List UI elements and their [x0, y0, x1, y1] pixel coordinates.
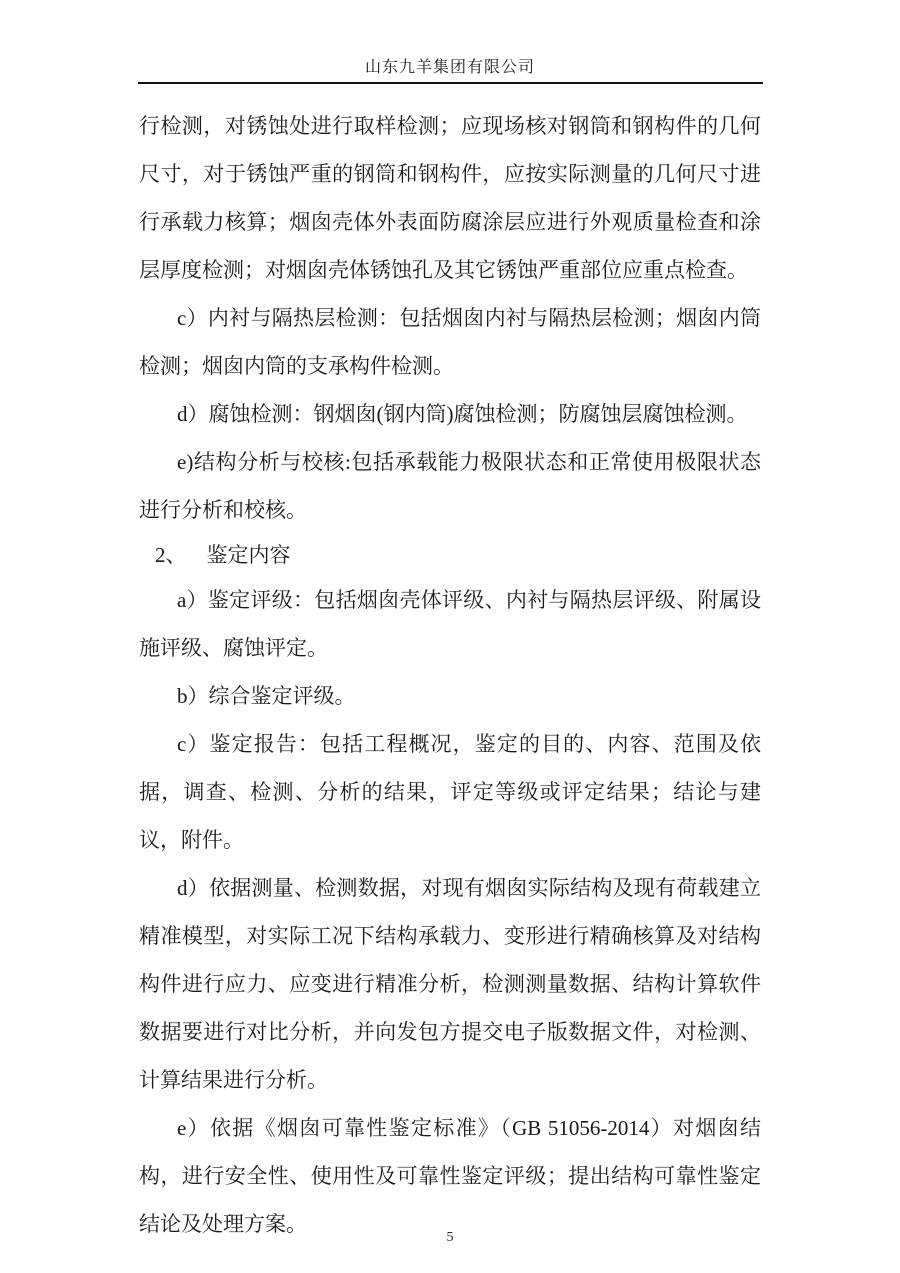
body-paragraph-item-c: c）内衬与隔热层检测：包括烟囱内衬与隔热层检测；烟囱内筒检测；烟囱内筒的支承构件…	[139, 294, 761, 390]
document-body: 行检测，对锈蚀处进行取样检测；应现场核对钢筒和钢构件的几何尺寸，对于锈蚀严重的钢…	[139, 102, 761, 1248]
body-paragraph-item-a2: a）鉴定评级：包括烟囱壳体评级、内衬与隔热层评级、附属设施评级、腐蚀评定。	[139, 576, 761, 672]
body-paragraph-item-e2: e）依据《烟囱可靠性鉴定标准》（GB 51056-2014）对烟囱结构，进行安全…	[139, 1104, 761, 1248]
page-footer: 5	[0, 1228, 900, 1246]
header-rule	[138, 82, 763, 84]
section-heading-number: 2、	[155, 543, 187, 567]
section-heading-title: 鉴定内容	[207, 534, 291, 576]
header-company-name: 山东九羊集团有限公司	[138, 58, 763, 78]
body-paragraph-item-d: d）腐蚀检测：钢烟囱(钢内筒)腐蚀检测；防腐蚀层腐蚀检测。	[139, 390, 761, 438]
page-number: 5	[447, 1230, 454, 1245]
body-paragraph-item-e: e)结构分析与校核:包括承载能力极限状态和正常使用极限状态进行分析和校核。	[139, 438, 761, 534]
body-paragraph-continuation: 行检测，对锈蚀处进行取样检测；应现场核对钢筒和钢构件的几何尺寸，对于锈蚀严重的钢…	[139, 102, 761, 294]
body-paragraph-item-d2: d）依据测量、检测数据，对现有烟囱实际结构及现有荷载建立精准模型，对实际工况下结…	[139, 864, 761, 1104]
body-paragraph-item-c2: c）鉴定报告：包括工程概况，鉴定的目的、内容、范围及依据，调查、检测、分析的结果…	[139, 720, 761, 864]
document-page: 山东九羊集团有限公司 行检测，对锈蚀处进行取样检测；应现场核对钢筒和钢构件的几何…	[0, 0, 900, 1273]
body-paragraph-item-b2: b）综合鉴定评级。	[139, 672, 761, 720]
section-heading: 2、鉴定内容	[139, 534, 761, 576]
page-header: 山东九羊集团有限公司	[138, 0, 763, 84]
